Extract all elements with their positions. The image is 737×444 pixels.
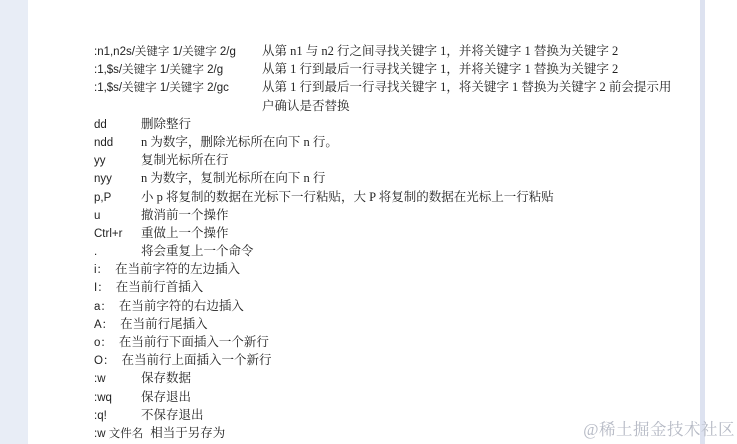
command-row: i： 在当前字符的左边插入 <box>94 260 714 278</box>
command-text: dd <box>94 116 141 134</box>
command-description: 在当前字符的左边插入 <box>115 260 240 278</box>
command-text: :q! <box>94 407 141 425</box>
command-description: 在当前行上面插入一个新行 <box>121 351 271 369</box>
command-text: :w <box>94 370 141 388</box>
command-text: . <box>94 243 141 261</box>
command-row: :1,$s/关键字 1/关键字 2/gc 从第 1 行到最后一行寻找关键字 1，… <box>94 78 714 96</box>
command-description: 保存数据 <box>141 369 191 387</box>
command-description: 将会重复上一个命令 <box>141 242 254 260</box>
command-text: yy <box>94 152 141 170</box>
command-description: 撤消前一个操作 <box>141 206 229 224</box>
command-row: dd 删除整行 <box>94 115 714 133</box>
command-description: n 为数字，删除光标所在向下 n 行。 <box>141 133 338 151</box>
command-description: 复制光标所在行 <box>141 151 229 169</box>
command-row: nyy n 为数字，复制光标所在向下 n 行 <box>94 169 714 187</box>
command-description: 在当前行尾插入 <box>120 315 208 333</box>
command-description: 不保存退出 <box>141 406 204 424</box>
command-row: :n1,n2s/关键字 1/关键字 2/g 从第 n1 与 n2 行之间寻找关键… <box>94 42 714 60</box>
command-text: I： <box>94 279 109 297</box>
document-page: :n1,n2s/关键字 1/关键字 2/g 从第 n1 与 n2 行之间寻找关键… <box>0 0 737 444</box>
page-edge-line <box>700 0 705 444</box>
command-row: p,P 小 p 将复制的数据在光标下一行粘贴，大 P 将复制的数据在光标上一行粘… <box>94 188 714 206</box>
command-list: :n1,n2s/关键字 1/关键字 2/g 从第 n1 与 n2 行之间寻找关键… <box>94 42 714 442</box>
command-row: O： 在当前行上面插入一个新行 <box>94 351 714 369</box>
command-row: a： 在当前字符的右边插入 <box>94 297 714 315</box>
command-row: u 撤消前一个操作 <box>94 206 714 224</box>
command-row: :w 保存数据 <box>94 369 714 387</box>
command-text: nyy <box>94 170 141 188</box>
command-text: :n1,n2s/关键字 1/关键字 2/g <box>94 43 262 61</box>
command-description: 在当前行下面插入一个新行 <box>119 333 269 351</box>
command-text: O： <box>94 352 114 370</box>
command-description: 重做上一个操作 <box>141 224 229 242</box>
command-row: I： 在当前行首插入 <box>94 278 714 296</box>
command-text: A： <box>94 316 113 334</box>
command-description: 在当前行首插入 <box>116 278 204 296</box>
command-text: :wq <box>94 389 141 407</box>
command-text: u <box>94 207 141 225</box>
command-description: 从第 1 行到最后一行寻找关键字 1，将关键字 1 替换为关键字 2 前会提示用 <box>262 78 671 96</box>
command-description: 从第 n1 与 n2 行之间寻找关键字 1，并将关键字 1 替换为关键字 2 <box>262 42 618 60</box>
command-text: ndd <box>94 134 141 152</box>
command-description: 户确认是否替换 <box>262 97 350 115</box>
command-description: 删除整行 <box>141 115 191 133</box>
command-text: o： <box>94 334 112 352</box>
command-row: 户确认是否替换 <box>94 97 714 115</box>
command-text: a： <box>94 298 112 316</box>
command-row: o： 在当前行下面插入一个新行 <box>94 333 714 351</box>
command-description: n 为数字，复制光标所在向下 n 行 <box>141 169 325 187</box>
command-text: :1,$s/关键字 1/关键字 2/g <box>94 61 262 79</box>
command-description: 小 p 将复制的数据在光标下一行粘贴，大 P 将复制的数据在光标上一行粘贴 <box>141 188 554 206</box>
command-description: 相当于另存为 <box>150 424 225 442</box>
command-description: 从第 1 行到最后一行寻找关键字 1，并将关键字 1 替换为关键字 2 <box>262 60 618 78</box>
command-row: A： 在当前行尾插入 <box>94 315 714 333</box>
command-row: ndd n 为数字，删除光标所在向下 n 行。 <box>94 133 714 151</box>
page-margin-strip <box>0 0 28 444</box>
command-row: :1,$s/关键字 1/关键字 2/g 从第 1 行到最后一行寻找关键字 1，并… <box>94 60 714 78</box>
command-description: 保存退出 <box>141 388 191 406</box>
command-text: Ctrl+r <box>94 225 141 243</box>
command-text: p,P <box>94 189 141 207</box>
command-row: yy 复制光标所在行 <box>94 151 714 169</box>
command-row: :wq 保存退出 <box>94 388 714 406</box>
command-text: :w 文件名 <box>94 425 143 443</box>
command-text: :1,$s/关键字 1/关键字 2/gc <box>94 79 262 97</box>
watermark: @稀土掘金技术社区 <box>583 416 735 440</box>
command-row: Ctrl+r 重做上一个操作 <box>94 224 714 242</box>
command-description: 在当前字符的右边插入 <box>119 297 244 315</box>
command-row: . 将会重复上一个命令 <box>94 242 714 260</box>
command-text: i： <box>94 261 108 279</box>
